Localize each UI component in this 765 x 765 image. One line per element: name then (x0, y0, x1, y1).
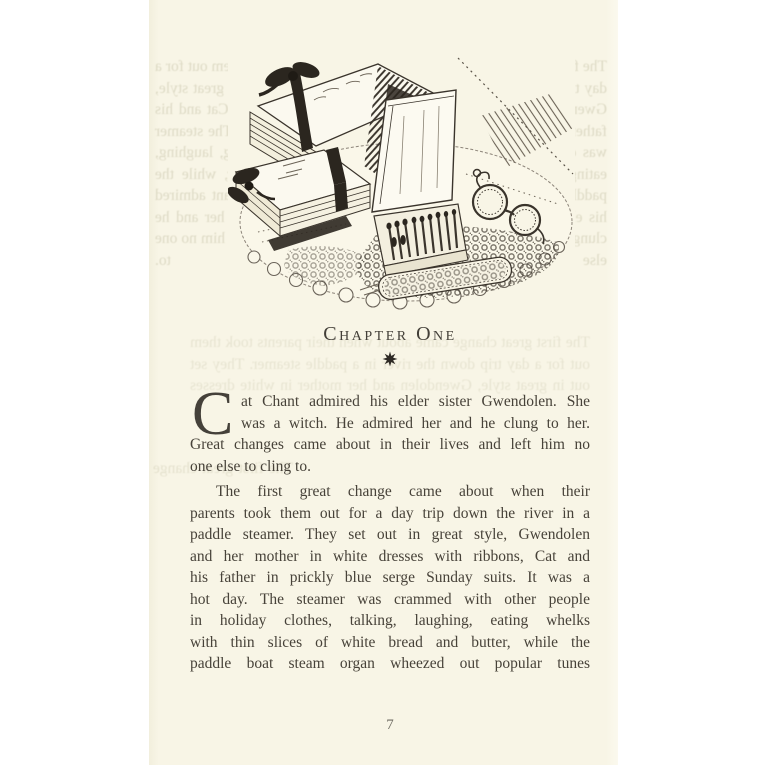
text-line: and her mother in white dresses with rib… (190, 546, 590, 568)
text-line: one else to cling to. (190, 456, 590, 478)
second-paragraph: The first great change came about when t… (190, 481, 590, 675)
scanned-book-photo: The first great change came about when t… (0, 0, 765, 765)
chapter-heading: Chapter One (190, 322, 590, 346)
star-ornament-icon (382, 351, 398, 367)
text-line: in holiday clothes, talking, laughing, e… (190, 610, 590, 632)
chapter-illustration (228, 54, 575, 310)
text-line: was a witch. He admired her and he clung… (190, 413, 590, 435)
opening-paragraph: C at Chant admired his elder sister Gwen… (190, 391, 590, 477)
page-number: 7 (190, 715, 590, 735)
drop-cap: C (192, 392, 234, 433)
text-line: parents took them out for a day trip dow… (190, 503, 590, 525)
text-line: with thin slices of white bread and butt… (190, 632, 590, 654)
text-line: paddle steamer. They set out in great st… (190, 524, 590, 546)
text-line: paddle boat steam organ wheezed out popu… (190, 653, 590, 675)
body-text: C at Chant admired his elder sister Gwen… (190, 391, 590, 675)
text-line: at Chant admired his elder sister Gwendo… (190, 391, 590, 413)
text-line: Great changes came about in their lives … (190, 434, 590, 456)
chapter-ornament (190, 351, 590, 371)
text-line: his father in prickly blue serge Sunday … (190, 567, 590, 589)
text-line: hot day. The steamer was crammed with ot… (190, 589, 590, 611)
book-page: The first great change came about when t… (149, 0, 618, 765)
text-line: The first great change came about when t… (190, 481, 590, 503)
